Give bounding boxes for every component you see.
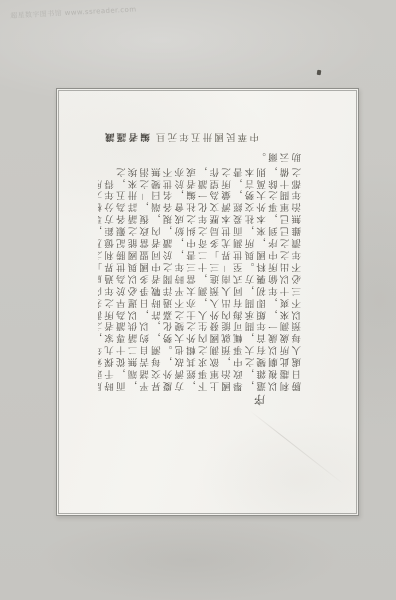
signature-date: 中華民國卅五年元旦 <box>154 131 259 142</box>
preface-line: 無已，本社爰本歷年之成規，復請各方專家，分就政 <box>98 212 301 224</box>
preface-line: 日趨複雜，政治軍事經濟外交諸端，千頭萬緒，國人 <box>98 367 301 379</box>
signature-name: 編者謹識 <box>103 131 150 142</box>
preface-line: 之備，則本書之作，或亦不無涓埃之 <box>98 165 301 177</box>
preface-heading: 序 <box>98 393 265 406</box>
preface-line: 雖已到來，而世局之糾紛，內政之艱鉅，視戰時有加 <box>98 224 301 236</box>
preface-line: 處此劇變之中，欲求其故，每苦無從探索，此本社同 <box>98 355 301 367</box>
preface-line: 潰之序，所測尤多奇中，讀者當能記憶及之。今勝利 <box>98 236 301 248</box>
preface-line: 不出所料。至「三十三年之中國與世界」及「三十四 <box>98 260 301 272</box>
ink-speck <box>317 70 322 76</box>
scan-watermark: 超星数字图书馆 www.ssreader.com <box>10 4 137 21</box>
preface-line: 以來，頗承海內外人士之嘉許，以為所測各事，大都 <box>98 308 301 320</box>
preface-line: 每歲歲首，輒就國內外大勢，約請專家，分別執筆， <box>98 331 301 343</box>
preface-line: 必以偷襲方式南進，當時聞者多以為過慮，乃事實竟 <box>98 272 301 284</box>
upside-down-text-block: 序 勝利以還，舉國上下，方慶昇平，而時局之演變，乃 日趨複雜，政治軍事經濟外交諸… <box>98 127 301 406</box>
preface-line: 三十年初，同人預測太平洋戰爭必於年內爆發，日本 <box>98 284 301 296</box>
preface-closing-line: 助云爾。 <box>98 150 301 162</box>
preface-line: 治軍事外交經濟文化社會各端，詳為分析，預測卅五 <box>98 201 301 213</box>
scanned-image: 超星数字图书馆 www.ssreader.com 序 勝利以還，舉國上下，方慶昇… <box>0 0 396 600</box>
signature-line: 中華民國卅五年元旦編者謹識 <box>98 130 259 142</box>
preface-line: 勝利以還，舉國上下，方慶昇平，而時局之演變，乃 <box>98 379 301 391</box>
preface-line: 不爽，即間有出入，亦不過時日遲早之差而已。回憶 <box>98 296 301 308</box>
preface-line: 人所以有大事預測之輯也。溯自二十九年以來，本社 <box>98 343 301 355</box>
preface-line: 年間之大勢，彙為一編，名曰「卅五年大事預測」， <box>98 189 301 201</box>
preface-line: 預測一年間可能發生之變化，以供讀者之參考，數年 <box>98 320 301 332</box>
preface-line: 年之中國與世界」二書，於同盟國勝利之期，軸心崩 <box>98 248 301 260</box>
preface-line: 都十餘萬言，所望讀者於世變之來，得所借鑑，預為 <box>98 177 301 189</box>
scanned-book-page: 序 勝利以還，舉國上下，方慶昇平，而時局之演變，乃 日趨複雜，政治軍事經濟外交諸… <box>56 88 359 516</box>
